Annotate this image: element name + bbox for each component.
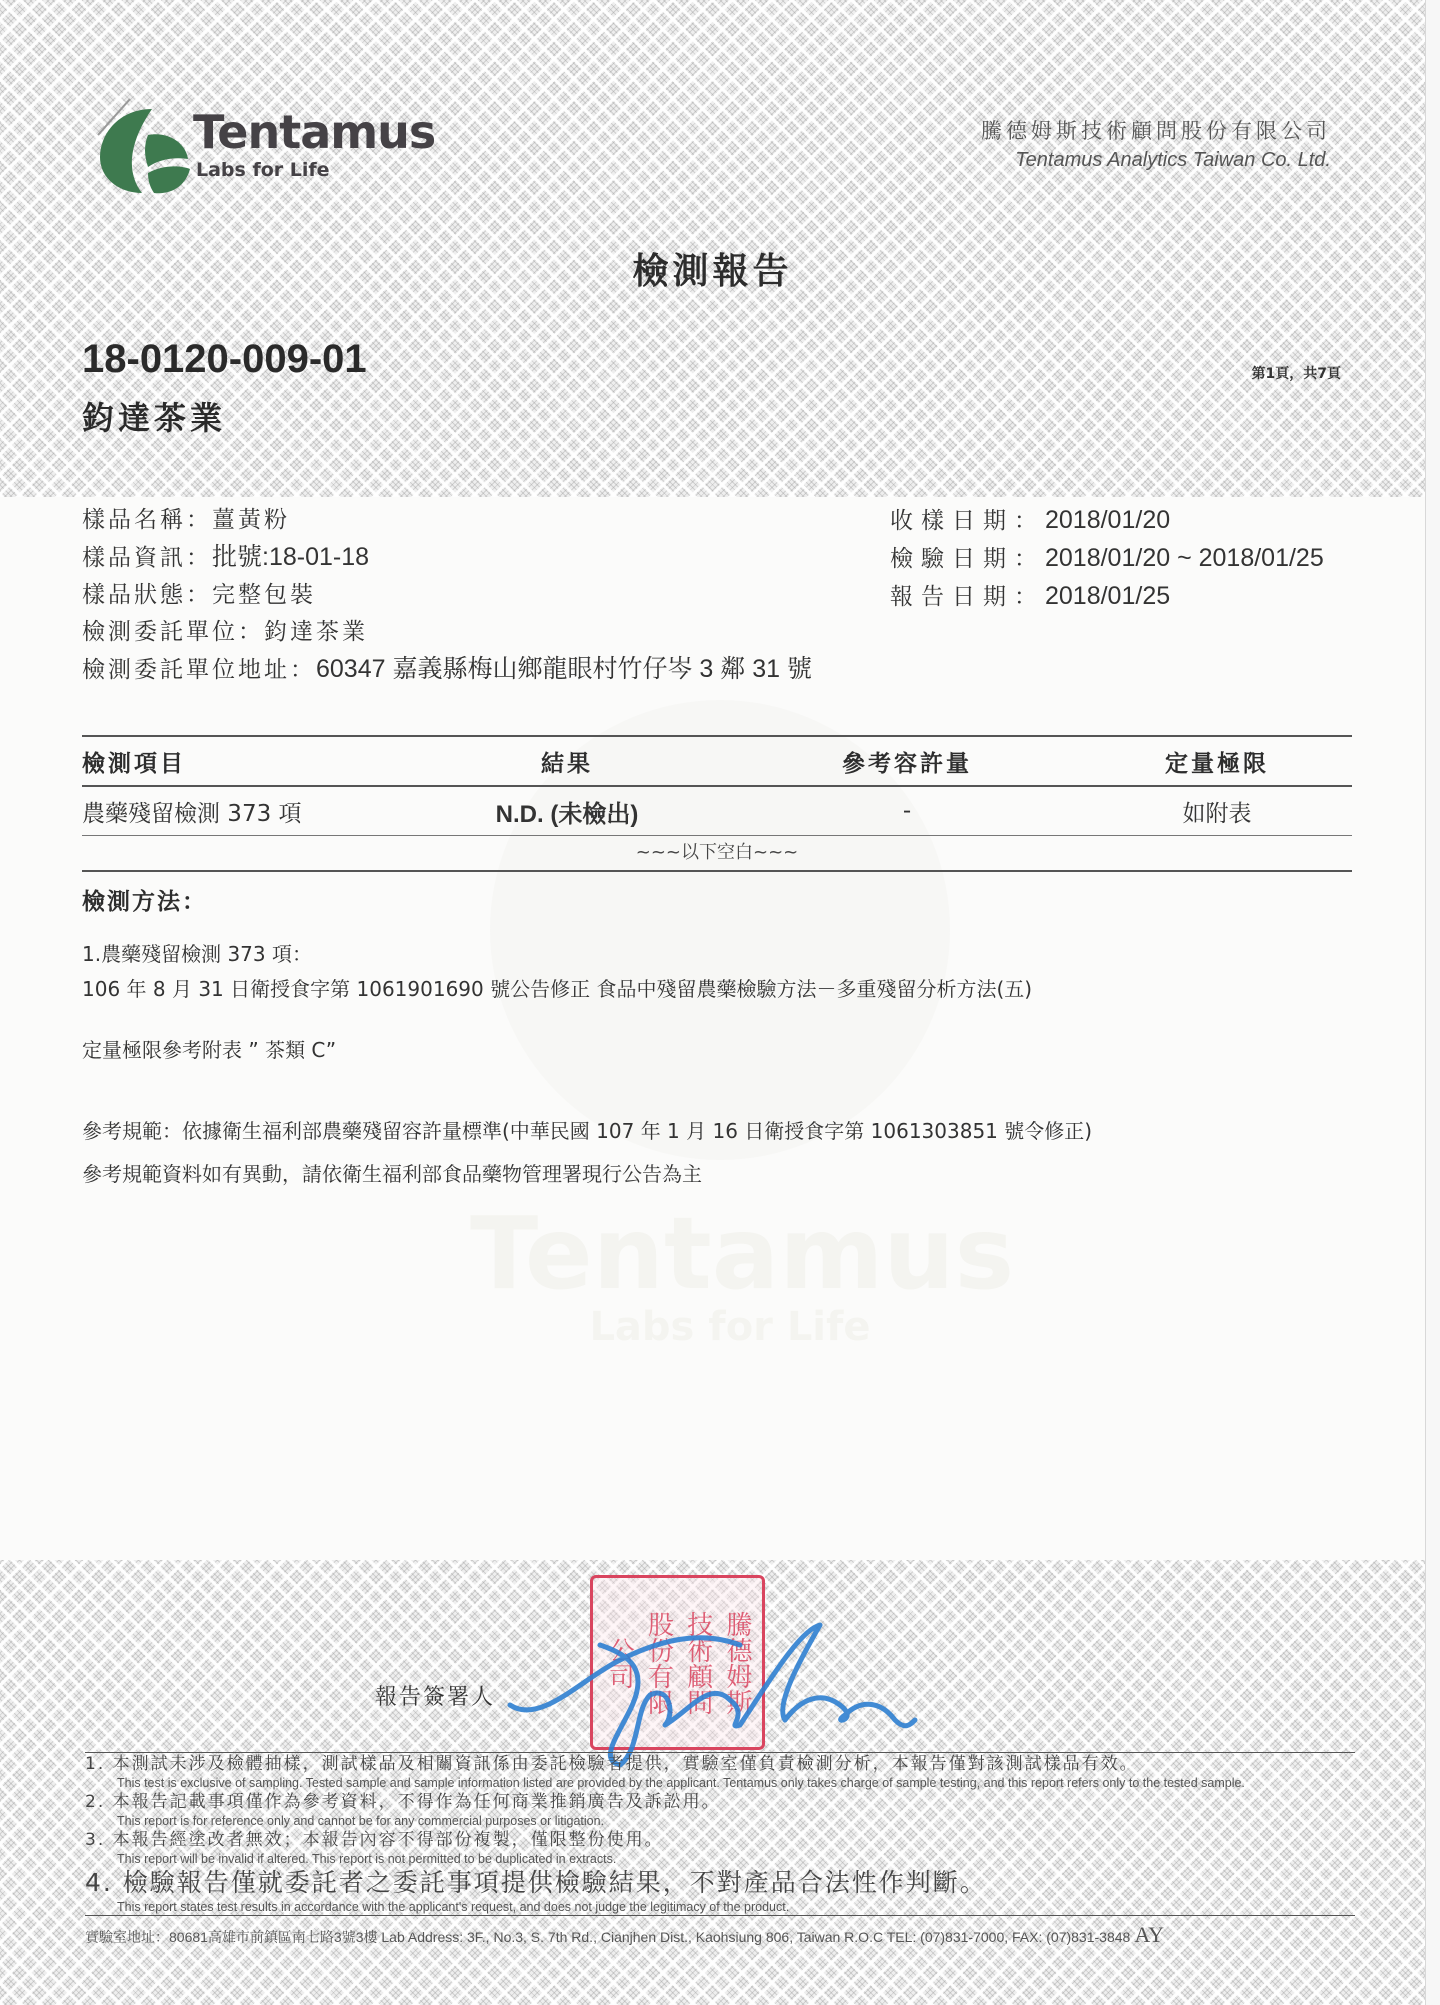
tentamus-leaf-icon [90, 95, 190, 195]
column-header-tolerance: 參考容許量 [732, 745, 1082, 778]
note-zh: 4. 檢驗報告僅就委託者之委託事項提供檢驗結果，不對產品合法性作判斷。 [85, 1867, 1355, 1899]
watermark-brand: Tentamus [470, 1195, 990, 1312]
table-header: 檢測項目 結果 參考容許量 定量極限 [82, 737, 1352, 785]
field-label: 樣品狀態： [82, 582, 212, 608]
note-en: This report will be invalid if altered. … [85, 1851, 1355, 1867]
page-indicator: 第1頁，共7頁 [1252, 363, 1341, 383]
field-label: 報告日期： [890, 584, 1045, 610]
document-title: 檢測報告 [0, 243, 1425, 294]
sample-state-value: 完整包裝 [212, 582, 316, 608]
client-address-row: 檢測委託單位地址：60347 嘉義縣梅山鄉龍眼村竹仔岑 3 鄰 31 號 [82, 651, 812, 689]
scan-edge [1425, 0, 1440, 2005]
field-label: 檢測委託單位： [82, 619, 264, 645]
report-number: 18-0120-009-01 [82, 337, 367, 382]
column-header-item: 檢測項目 [82, 745, 402, 778]
signer-label: 報告簽署人 [375, 1680, 495, 1711]
test-date-row: 檢驗日期：2018/01/20 ~ 2018/01/25 [890, 540, 1324, 578]
note-en: This report states test results in accor… [85, 1899, 1355, 1915]
sample-info-right: 收樣日期：2018/01/20 檢驗日期：2018/01/20 ~ 2018/0… [890, 502, 1324, 616]
cell-item: 農藥殘留檢測 373 項 [82, 795, 402, 828]
lab-address: 實驗室地址：80681高雄市前鎮區南七路3號3樓 Lab Address: 3F… [85, 1922, 1355, 1948]
client-unit-row: 檢測委託單位：鈞達茶業 [82, 614, 812, 651]
report-page: Tentamus Labs for Life Tentamus Labs for… [0, 0, 1425, 2005]
method-line: 定量極限參考附表 ” 茶類 C” [82, 1034, 1362, 1063]
note-en: This report is for reference only and ca… [85, 1813, 1355, 1829]
company-name: 騰德姆斯技術顧問股份有限公司 Tentamus Analytics Taiwan… [981, 115, 1331, 172]
sample-state-row: 樣品狀態：完整包裝 [82, 577, 812, 614]
batch-number-value: 批號:18-01-18 [212, 543, 369, 571]
test-date-value: 2018/01/20 ~ 2018/01/25 [1045, 544, 1324, 572]
report-date-row: 報告日期：2018/01/25 [890, 578, 1324, 616]
table-row: 農藥殘留檢測 373 項 N.D. (未檢出) - 如附表 [82, 787, 1352, 835]
sample-name-row: 樣品名稱：薑黃粉 [82, 502, 812, 539]
column-header-result: 結果 [402, 745, 732, 778]
client-name: 鈞達茶業 [82, 393, 226, 439]
company-name-zh: 騰德姆斯技術顧問股份有限公司 [981, 115, 1331, 145]
table-bottom-rule [82, 870, 1352, 872]
reference-standard-line: 參考規範：依據衛生福利部農藥殘留容許量標準(中華民國 107 年 1 月 16 … [82, 1115, 1362, 1144]
note-zh: 2. 本報告記載事項僅作為參考資料，不得作為任何商業推銷廣告及訴訟用。 [85, 1791, 1355, 1813]
column-header-loq: 定量極限 [1082, 745, 1352, 778]
cell-result: N.D. (未檢出) [402, 794, 732, 829]
receipt-date-row: 收樣日期：2018/01/20 [890, 502, 1324, 540]
handwritten-signature-icon [500, 1600, 920, 1770]
sample-info-row: 樣品資訊：批號:18-01-18 [82, 539, 812, 577]
field-label: 樣品名稱： [82, 507, 212, 533]
logo-tagline: Labs for Life [196, 159, 330, 181]
notes-bottom-rule [85, 1915, 1355, 1916]
disclaimer-notes: 1. 本測試未涉及檢體抽樣，測試樣品及相關資訊係由委託檢驗者提供，實驗室僅負責檢… [85, 1752, 1355, 1948]
blank-below-note: ~~~以下空白~~~ [82, 836, 1352, 870]
cell-loq: 如附表 [1082, 795, 1352, 828]
note-zh: 3. 本報告經塗改者無效；本報告內容不得部份複製，僅限整份使用。 [85, 1829, 1355, 1851]
method-line: 106 年 8 月 31 日衛授食字第 1061901690 號公告修正 食品中… [82, 973, 1362, 1002]
field-label: 樣品資訊： [82, 545, 212, 571]
test-method-section: 檢測方法： 1.農藥殘留檢測 373 項： 106 年 8 月 31 日衛授食字… [82, 883, 1362, 1187]
client-unit-value: 鈞達茶業 [264, 619, 368, 645]
tentamus-logo: Tentamus Labs for Life [90, 95, 430, 195]
cell-tolerance: - [732, 798, 1082, 824]
client-address-value: 60347 嘉義縣梅山鄉龍眼村竹仔岑 3 鄰 31 號 [316, 655, 812, 683]
form-code: AY [1134, 1922, 1164, 1947]
sample-name-value: 薑黃粉 [212, 507, 290, 533]
method-heading: 檢測方法： [82, 883, 1362, 916]
logo-brand: Tentamus [193, 105, 435, 159]
receipt-date-value: 2018/01/20 [1045, 506, 1170, 534]
note-en: This test is exclusive of sampling. Test… [85, 1775, 1355, 1791]
field-label: 檢驗日期： [890, 546, 1045, 572]
field-label: 檢測委託單位地址： [82, 657, 316, 683]
reference-note-line: 參考規範資料如有異動，請依衛生福利部食品藥物管理署現行公告為主 [82, 1158, 1362, 1187]
method-line: 1.農藥殘留檢測 373 項： [82, 938, 1362, 967]
watermark: Tentamus Labs for Life [470, 1195, 990, 1350]
company-name-en: Tentamus Analytics Taiwan Co. Ltd. [981, 149, 1331, 172]
report-date-value: 2018/01/25 [1045, 582, 1170, 610]
lab-address-text: 實驗室地址：80681高雄市前鎮區南七路3號3樓 Lab Address: 3F… [85, 1929, 1130, 1945]
field-label: 收樣日期： [890, 508, 1045, 534]
sample-info-left: 樣品名稱：薑黃粉 樣品資訊：批號:18-01-18 樣品狀態：完整包裝 檢測委託… [82, 502, 812, 689]
note-zh: 1. 本測試未涉及檢體抽樣，測試樣品及相關資訊係由委託檢驗者提供，實驗室僅負責檢… [85, 1753, 1355, 1775]
results-table: 檢測項目 結果 參考容許量 定量極限 農藥殘留檢測 373 項 N.D. (未檢… [82, 735, 1352, 872]
